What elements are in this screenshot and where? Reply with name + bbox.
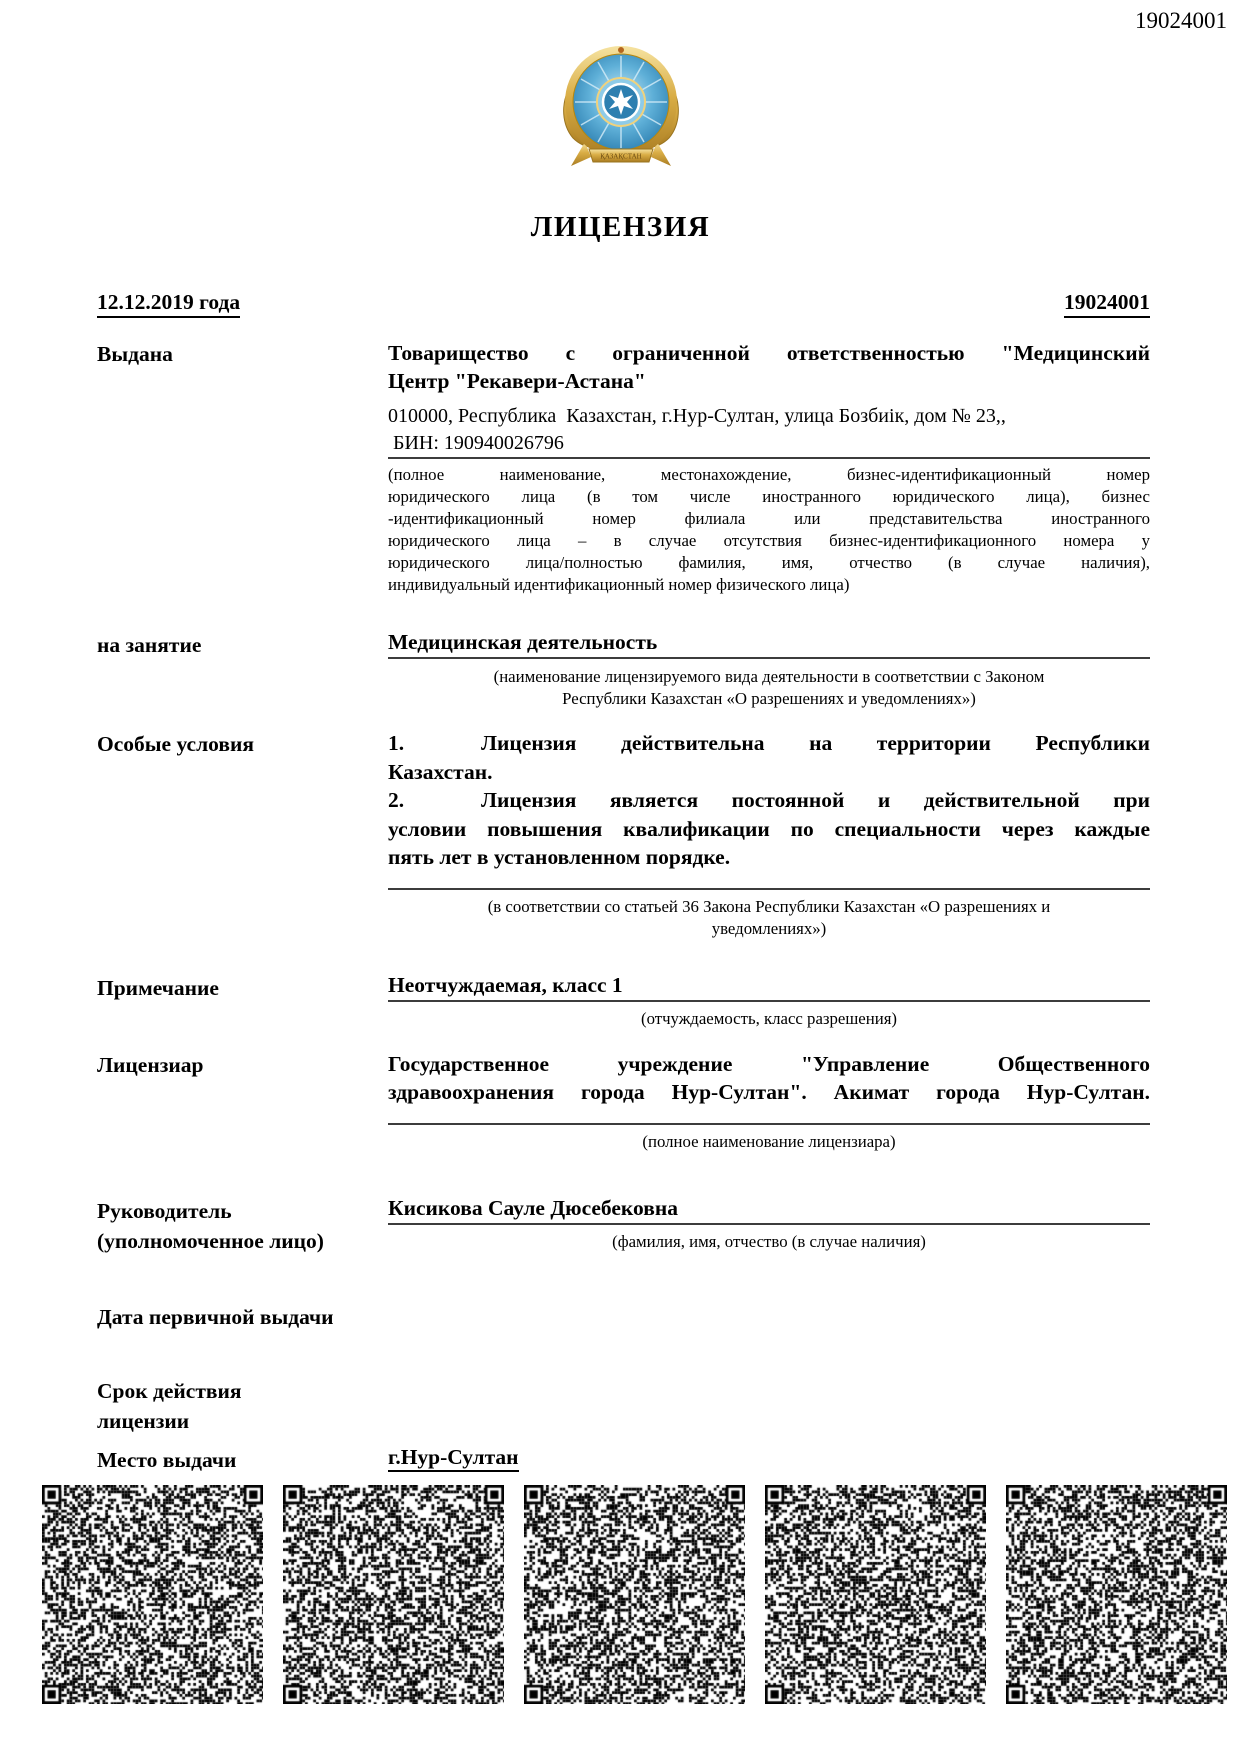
condition-1-number: 1.: [388, 729, 481, 758]
field-head: Руководитель (уполномоченное лицо) Кисик…: [97, 1196, 1150, 1256]
field-first-issue-date: Дата первичной выдачи: [97, 1302, 1150, 1332]
issued-footnote: (полное наименование, местонахождение, б…: [388, 464, 1150, 596]
field-value-issue-place: г.Нур-Султан: [388, 1445, 1150, 1470]
condition-1-text: Лицензия действительна на территории Рес…: [481, 731, 1150, 755]
head-label-line2: (уполномоченное лицо): [97, 1226, 388, 1256]
company-name-line1: Товарищество с ограниченной ответственно…: [388, 339, 1150, 367]
qr-code: [765, 1485, 986, 1704]
condition-2-line3: пять лет в установленном порядке.: [388, 843, 1150, 872]
field-issued-to: Выдана Товарищество с ограниченной ответ…: [97, 339, 1150, 596]
field-label-issued: Выдана: [97, 339, 388, 369]
field-value-activity: Медицинская деятельность (наименование л…: [388, 630, 1150, 710]
field-value-licensor: Государственное учреждение "Управление О…: [388, 1050, 1150, 1153]
validity-label-line1: Срок действия: [97, 1376, 388, 1406]
head-name: Кисикова Сауле Дюсебековна: [388, 1196, 1150, 1225]
qr-code: [283, 1485, 504, 1704]
footnote-line: (наименование лицензируемого вида деятел…: [388, 666, 1150, 688]
field-licensor: Лицензиар Государственное учреждение "Уп…: [97, 1050, 1150, 1153]
field-value-special-conditions: 1.Лицензия действительна на территории Р…: [388, 729, 1150, 940]
emblem-container: ҚАЗАҚСТАН: [0, 0, 1241, 181]
field-label-first-issue-date: Дата первичной выдачи: [97, 1302, 388, 1332]
field-activity: на занятие Медицинская деятельность (наи…: [97, 630, 1150, 710]
field-validity: Срок действия лицензии: [97, 1376, 1150, 1436]
condition-2-line2: условии повышения квалификации по специа…: [388, 815, 1150, 844]
field-label-head: Руководитель (уполномоченное лицо): [97, 1196, 388, 1256]
company-name-line2: Центр "Рекавери-Астана": [388, 367, 1150, 395]
footnote-line: индивидуальный идентификационный номер ф…: [388, 574, 1150, 596]
condition-2-number: 2.: [388, 786, 481, 815]
footnote-line: (в соответствии со статьей 36 Закона Рес…: [388, 896, 1150, 918]
date-number-row: 12.12.2019 года 19024001: [97, 290, 1150, 318]
document-number-top-right: 19024001: [1135, 8, 1227, 34]
footnote-line: юридического лица – в случае отсутствия …: [388, 530, 1150, 552]
qr-code: [1006, 1485, 1227, 1704]
emblem-banner-text: ҚАЗАҚСТАН: [600, 153, 642, 161]
activity-value: Медицинская деятельность: [388, 630, 1150, 659]
licensor-line1: Государственное учреждение "Управление О…: [388, 1050, 1150, 1078]
field-value-issued: Товарищество с ограниченной ответственно…: [388, 339, 1150, 596]
field-value-remark: Неотчуждаемая, класс 1 (отчуждаемость, к…: [388, 973, 1150, 1030]
qr-code: [524, 1485, 745, 1704]
field-label-special-conditions: Особые условия: [97, 729, 388, 759]
field-label-activity: на занятие: [97, 630, 388, 660]
divider-rule: [388, 888, 1150, 890]
activity-footnote: (наименование лицензируемого вида деятел…: [388, 666, 1150, 710]
document-title: ЛИЦЕНЗИЯ: [0, 211, 1241, 244]
field-label-validity: Срок действия лицензии: [97, 1376, 388, 1436]
remark-footnote: (отчуждаемость, класс разрешения): [388, 1008, 1150, 1030]
issue-place-value: г.Нур-Султан: [388, 1445, 519, 1472]
field-label-issue-place: Место выдачи: [97, 1445, 388, 1475]
kazakhstan-emblem-icon: ҚАЗАҚСТАН: [555, 30, 687, 176]
footnote-line: юридического лица/полностью фамилия, имя…: [388, 552, 1150, 574]
qr-code-strip: [0, 1485, 1241, 1704]
divider-rule: [388, 1123, 1150, 1125]
field-label-licensor: Лицензиар: [97, 1050, 388, 1080]
company-bin: БИН: 190940026796: [388, 430, 1150, 459]
license-number: 19024001: [1064, 290, 1150, 318]
condition-1-line1: 1.Лицензия действительна на территории Р…: [388, 729, 1150, 758]
remark-value: Неотчуждаемая, класс 1: [388, 973, 1150, 1002]
qr-code: [42, 1485, 263, 1704]
head-footnote: (фамилия, имя, отчество (в случае наличи…: [388, 1231, 1150, 1253]
field-special-conditions: Особые условия 1.Лицензия действительна …: [97, 729, 1150, 940]
footnote-line: уведомлениях»): [388, 918, 1150, 940]
validity-label-line2: лицензии: [97, 1406, 388, 1436]
field-issue-place: Место выдачи г.Нур-Султан: [97, 1445, 1150, 1475]
issue-date: 12.12.2019 года: [97, 290, 240, 318]
document-body: 12.12.2019 года 19024001 Выдана Товарище…: [97, 290, 1150, 1475]
head-label-line1: Руководитель: [97, 1196, 388, 1226]
special-conditions-footnote: (в соответствии со статьей 36 Закона Рес…: [388, 896, 1150, 940]
footnote-line: юридического лица (в том числе иностранн…: [388, 486, 1150, 508]
field-remark: Примечание Неотчуждаемая, класс 1 (отчуж…: [97, 973, 1150, 1030]
footnote-line: Республики Казахстан «О разрешениях и ув…: [388, 688, 1150, 710]
condition-2-line1: 2.Лицензия является постоянной и действи…: [388, 786, 1150, 815]
footnote-line: (полное наименование, местонахождение, б…: [388, 464, 1150, 486]
licensor-line2: здравоохранения города Нур-Султан". Аким…: [388, 1078, 1150, 1106]
company-address: 010000, Республика Казахстан, г.Нур-Султ…: [388, 403, 1150, 430]
condition-1-line2: Казахстан.: [388, 758, 1150, 787]
footnote-line: -идентификационный номер филиала или пре…: [388, 508, 1150, 530]
licensor-footnote: (полное наименование лицензиара): [388, 1131, 1150, 1153]
field-label-remark: Примечание: [97, 973, 388, 1003]
condition-2-text: Лицензия является постоянной и действите…: [481, 788, 1150, 812]
license-document-page: 19024001: [0, 0, 1241, 1754]
field-value-head: Кисикова Сауле Дюсебековна (фамилия, имя…: [388, 1196, 1150, 1253]
